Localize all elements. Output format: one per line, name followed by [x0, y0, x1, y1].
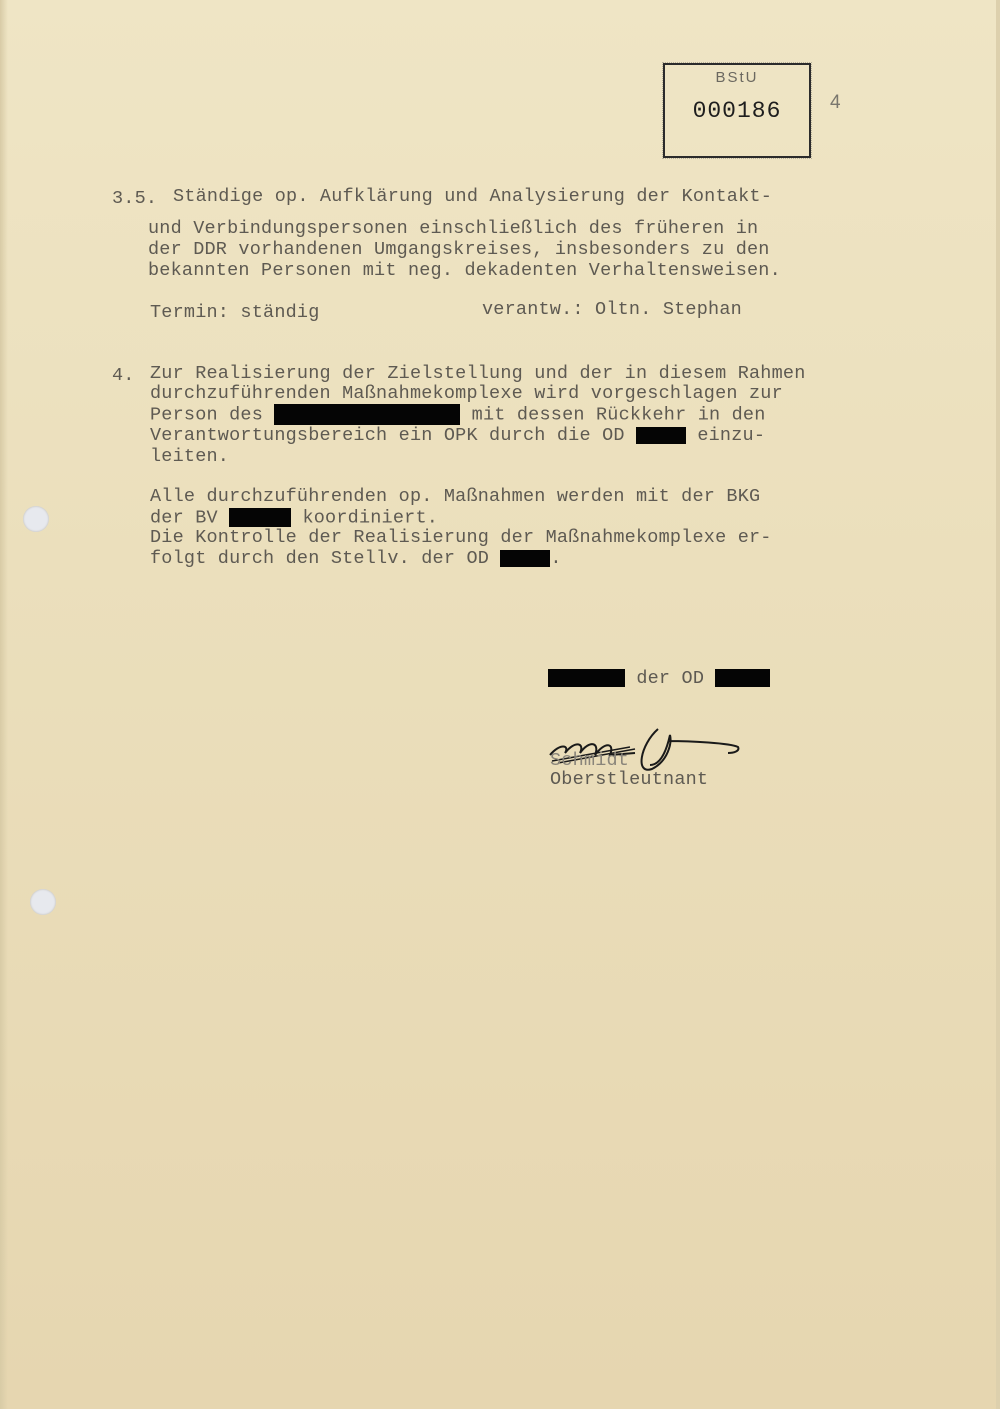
- section-4-para-2-line-3: Die Kontrolle der Realisierung der Maßna…: [150, 528, 772, 548]
- redaction-bar: [636, 427, 686, 444]
- signature-rank: Oberstleutnant: [550, 770, 708, 790]
- section-3-5-number: 3.5.: [112, 189, 157, 209]
- redaction-bar: [548, 669, 625, 687]
- text: folgt durch den Stellv. der OD: [150, 548, 489, 569]
- termin-text: Termin: ständig: [150, 303, 320, 323]
- verantwortlich-text: verantw.: Oltn. Stephan: [482, 300, 742, 320]
- text: einzu-: [697, 425, 765, 446]
- section-4-para-2-line-1: Alle durchzuführenden op. Maßnahmen werd…: [150, 487, 760, 507]
- signature-name: Schmidt: [550, 751, 629, 771]
- text: mit dessen Rückkehr in den: [472, 404, 766, 425]
- text: Verantwortungsbereich ein OPK durch die …: [150, 425, 625, 446]
- signature-title: der OD: [548, 669, 770, 689]
- archive-stamp: BStU 000186: [663, 63, 811, 158]
- section-4-para-2-line-4: folgt durch den Stellv. der OD .: [150, 549, 562, 569]
- section-4-number: 4.: [112, 366, 135, 386]
- section-4-line-4: Verantwortungsbereich ein OPK durch die …: [150, 426, 765, 446]
- punch-hole-lower: [30, 889, 56, 915]
- section-4-line-5: leiten.: [150, 447, 229, 467]
- section-3-5-line-2: und Verbindungspersonen einschließlich d…: [148, 219, 758, 239]
- redaction-bar: [229, 508, 291, 527]
- section-4-line-1: Zur Realisierung der Zielstellung und de…: [150, 364, 806, 384]
- section-4-line-3: Person des mit dessen Rückkehr in den: [150, 404, 766, 425]
- text: der BV: [150, 507, 218, 528]
- text: .: [550, 548, 561, 569]
- text: der OD: [636, 668, 704, 689]
- paper-right-edge: [996, 0, 1000, 1409]
- section-3-5-line-4: bekannten Personen mit neg. dekadenten V…: [148, 261, 781, 281]
- section-4-line-2: durchzuführenden Maßnahmekomplexe wird v…: [150, 384, 783, 404]
- redaction-bar: [500, 550, 550, 567]
- page-number: 4: [830, 92, 841, 114]
- text: koordiniert.: [302, 507, 438, 528]
- section-4-para-2-line-2: der BV koordiniert.: [150, 508, 438, 528]
- stamp-label: BStU: [665, 69, 809, 86]
- text: Person des: [150, 404, 263, 425]
- punch-hole-upper: [23, 506, 49, 532]
- stamp-number: 000186: [665, 98, 809, 124]
- redaction-bar: [274, 404, 460, 425]
- section-3-5-line-3: der DDR vorhandenen Umgangskreises, insb…: [148, 240, 770, 260]
- paper-left-edge: [0, 0, 8, 1409]
- section-3-5-line-1: Ständige op. Aufklärung und Analysierung…: [173, 187, 772, 207]
- redaction-bar: [715, 669, 770, 687]
